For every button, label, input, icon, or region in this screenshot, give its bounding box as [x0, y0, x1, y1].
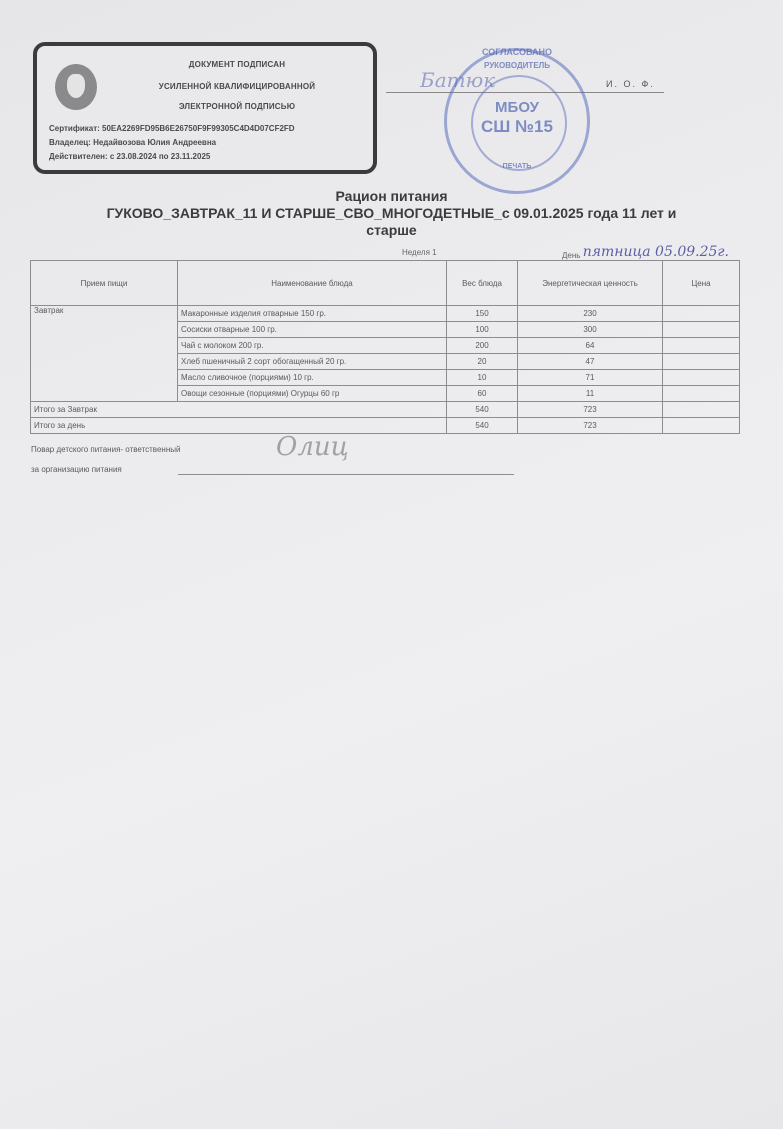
- document-subtitle-line1: ГУКОВО_ЗАВТРАК_11 И СТАРШЕ_СВО_МНОГОДЕТН…: [0, 205, 783, 221]
- week-label: Неделя 1: [402, 248, 437, 257]
- price-cell: [663, 322, 740, 338]
- total-price: [663, 402, 740, 418]
- weight-cell: 60: [447, 386, 518, 402]
- price-cell: [663, 354, 740, 370]
- cook-handwritten-signature: Олиц: [276, 432, 349, 462]
- price-cell: [663, 306, 740, 322]
- certificate-number: Сертификат: 50EA2269FD95B6E26750F9F99305…: [49, 124, 295, 133]
- col-meal: Прием пищи: [31, 261, 178, 306]
- table-row: ЗавтракМакаронные изделия отварные 150 г…: [31, 306, 740, 322]
- electronic-signature-block: ДОКУМЕНТ ПОДПИСАН УСИЛЕННОЙ КВАЛИФИЦИРОВ…: [33, 42, 377, 174]
- signature-heading-1: ДОКУМЕНТ ПОДПИСАН: [127, 60, 347, 69]
- meal-cell: Завтрак: [31, 306, 178, 402]
- col-weight: Вес блюда: [447, 261, 518, 306]
- stamp-approved-text: СОГЛАСОВАНО: [447, 47, 587, 57]
- menu-table: Прием пищи Наименование блюда Вес блюда …: [30, 260, 740, 434]
- cook-signature-line: [178, 474, 514, 475]
- fio-label: И. О. Ф.: [606, 79, 655, 89]
- energy-cell: 71: [518, 370, 663, 386]
- dish-cell: Масло сливочное (порциями) 10 гр.: [178, 370, 447, 386]
- weight-cell: 200: [447, 338, 518, 354]
- certificate-validity: Действителен: с 23.08.2024 по 23.11.2025: [49, 152, 210, 161]
- dish-cell: Чай с молоком 200 гр.: [178, 338, 447, 354]
- total-label: Итого за Завтрак: [31, 402, 447, 418]
- table-header-row: Прием пищи Наименование блюда Вес блюда …: [31, 261, 740, 306]
- total-weight: 540: [447, 402, 518, 418]
- total-price: [663, 418, 740, 434]
- stamp-org-line2: СШ №15: [447, 117, 587, 137]
- price-cell: [663, 338, 740, 354]
- energy-cell: 47: [518, 354, 663, 370]
- footer-responsible-line1: Повар детского питания- ответственный: [31, 445, 180, 454]
- coat-of-arms-icon: [55, 64, 97, 110]
- school-stamp: СОГЛАСОВАНО РУКОВОДИТЕЛЬ МБОУ СШ №15 ПЕЧ…: [444, 48, 590, 194]
- total-energy: 723: [518, 418, 663, 434]
- day-label: День: [562, 251, 580, 260]
- signature-heading-2: УСИЛЕННОЙ КВАЛИФИЦИРОВАННОЙ: [127, 82, 347, 91]
- document-subtitle-line2: старше: [0, 222, 783, 238]
- stamp-bottom-text: ПЕЧАТЬ: [447, 163, 587, 170]
- dish-cell: Овощи сезонные (порциями) Огурцы 60 гр: [178, 386, 447, 402]
- energy-cell: 230: [518, 306, 663, 322]
- energy-cell: 11: [518, 386, 663, 402]
- energy-cell: 64: [518, 338, 663, 354]
- document-title: Рацион питания: [0, 188, 783, 204]
- price-cell: [663, 370, 740, 386]
- certificate-owner: Владелец: Недайвозова Юлия Андреевна: [49, 138, 216, 147]
- dish-cell: Макаронные изделия отварные 150 гр.: [178, 306, 447, 322]
- price-cell: [663, 386, 740, 402]
- total-weight: 540: [447, 418, 518, 434]
- dish-cell: Хлеб пшеничный 2 сорт обогащенный 20 гр.: [178, 354, 447, 370]
- weight-cell: 100: [447, 322, 518, 338]
- total-row: Итого за день540723: [31, 418, 740, 434]
- day-handwritten-date: пятница 05.09.25г.: [583, 244, 729, 260]
- total-label: Итого за день: [31, 418, 447, 434]
- weight-cell: 20: [447, 354, 518, 370]
- col-energy: Энергетическая ценность: [518, 261, 663, 306]
- weight-cell: 10: [447, 370, 518, 386]
- dish-cell: Сосиски отварные 100 гр.: [178, 322, 447, 338]
- stamp-org-line1: МБОУ: [447, 99, 587, 116]
- stamp-role-text: РУКОВОДИТЕЛЬ: [447, 61, 587, 70]
- col-dish: Наименование блюда: [178, 261, 447, 306]
- total-row: Итого за Завтрак540723: [31, 402, 740, 418]
- weight-cell: 150: [447, 306, 518, 322]
- col-price: Цена: [663, 261, 740, 306]
- energy-cell: 300: [518, 322, 663, 338]
- footer-responsible-line2: за организацию питания: [31, 465, 122, 474]
- total-energy: 723: [518, 402, 663, 418]
- signature-heading-3: ЭЛЕКТРОННОЙ ПОДПИСЬЮ: [127, 102, 347, 111]
